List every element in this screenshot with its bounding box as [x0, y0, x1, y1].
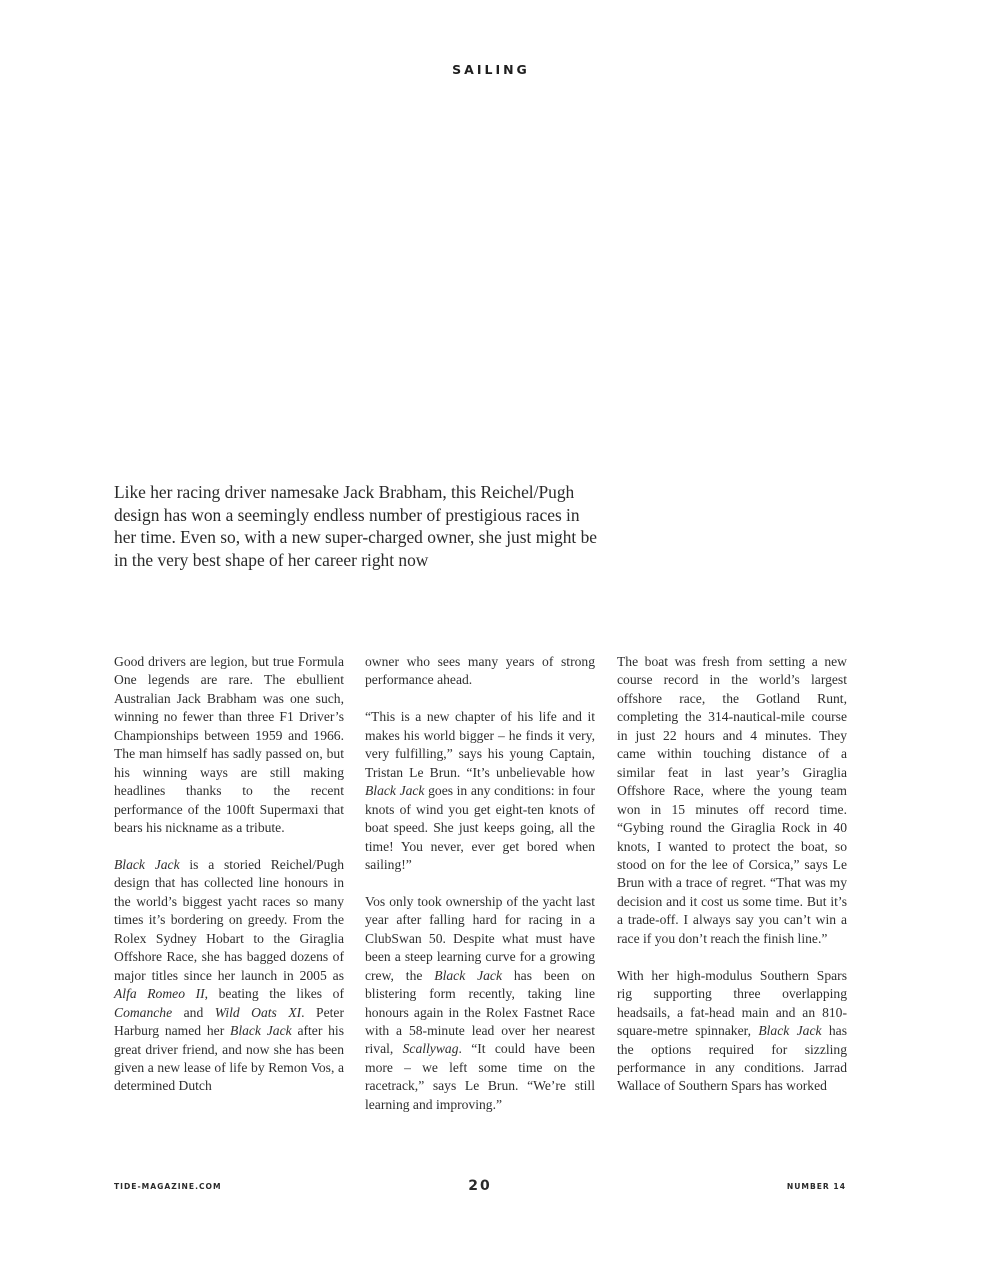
text-run: owner who sees many years of strong perf… [365, 654, 595, 687]
text-run: “This is a new chapter of his life and i… [365, 709, 595, 779]
text-run: and [172, 1005, 215, 1020]
body-paragraph: owner who sees many years of strong perf… [365, 653, 595, 690]
page-footer: TIDE-MAGAZINE.COM 20 NUMBER 14 [114, 1178, 846, 1198]
text-run: The boat was fresh from setting a new co… [617, 654, 847, 946]
italic-title: Wild Oats XI [215, 1005, 301, 1020]
italic-title: Scallywag [403, 1041, 459, 1056]
italic-title: Black Jack [365, 783, 424, 798]
italic-title: Black Jack [758, 1023, 821, 1038]
italic-title: Black Jack [230, 1023, 292, 1038]
footer-issue-number: NUMBER 14 [787, 1182, 846, 1191]
body-column-1: Good drivers are legion, but true Formul… [114, 653, 344, 1096]
section-label: SAILING [0, 62, 982, 77]
body-column-2: owner who sees many years of strong perf… [365, 653, 595, 1114]
italic-title: Black Jack [434, 968, 502, 983]
standfirst: Like her racing driver namesake Jack Bra… [114, 481, 604, 571]
body-paragraph: Good drivers are legion, but true Formul… [114, 653, 344, 838]
body-paragraph: Black Jack is a storied Reichel/Pugh des… [114, 856, 344, 1096]
body-paragraph: The boat was fresh from setting a new co… [617, 653, 847, 948]
text-run: Good drivers are legion, but true Formul… [114, 654, 344, 835]
italic-title: Comanche [114, 1005, 172, 1020]
text-run: is a storied Reichel/Pugh design that ha… [114, 857, 344, 983]
italic-title: Black Jack [114, 857, 180, 872]
page-number: 20 [114, 1178, 846, 1194]
italic-title: Alfa Romeo II [114, 986, 205, 1001]
body-paragraph: Vos only took ownership of the yacht las… [365, 893, 595, 1114]
text-run: , beating the likes of [205, 986, 344, 1001]
body-paragraph: With her high-modulus Southern Spars rig… [617, 967, 847, 1096]
body-column-3: The boat was fresh from setting a new co… [617, 653, 847, 1096]
body-paragraph: “This is a new chapter of his life and i… [365, 708, 595, 874]
